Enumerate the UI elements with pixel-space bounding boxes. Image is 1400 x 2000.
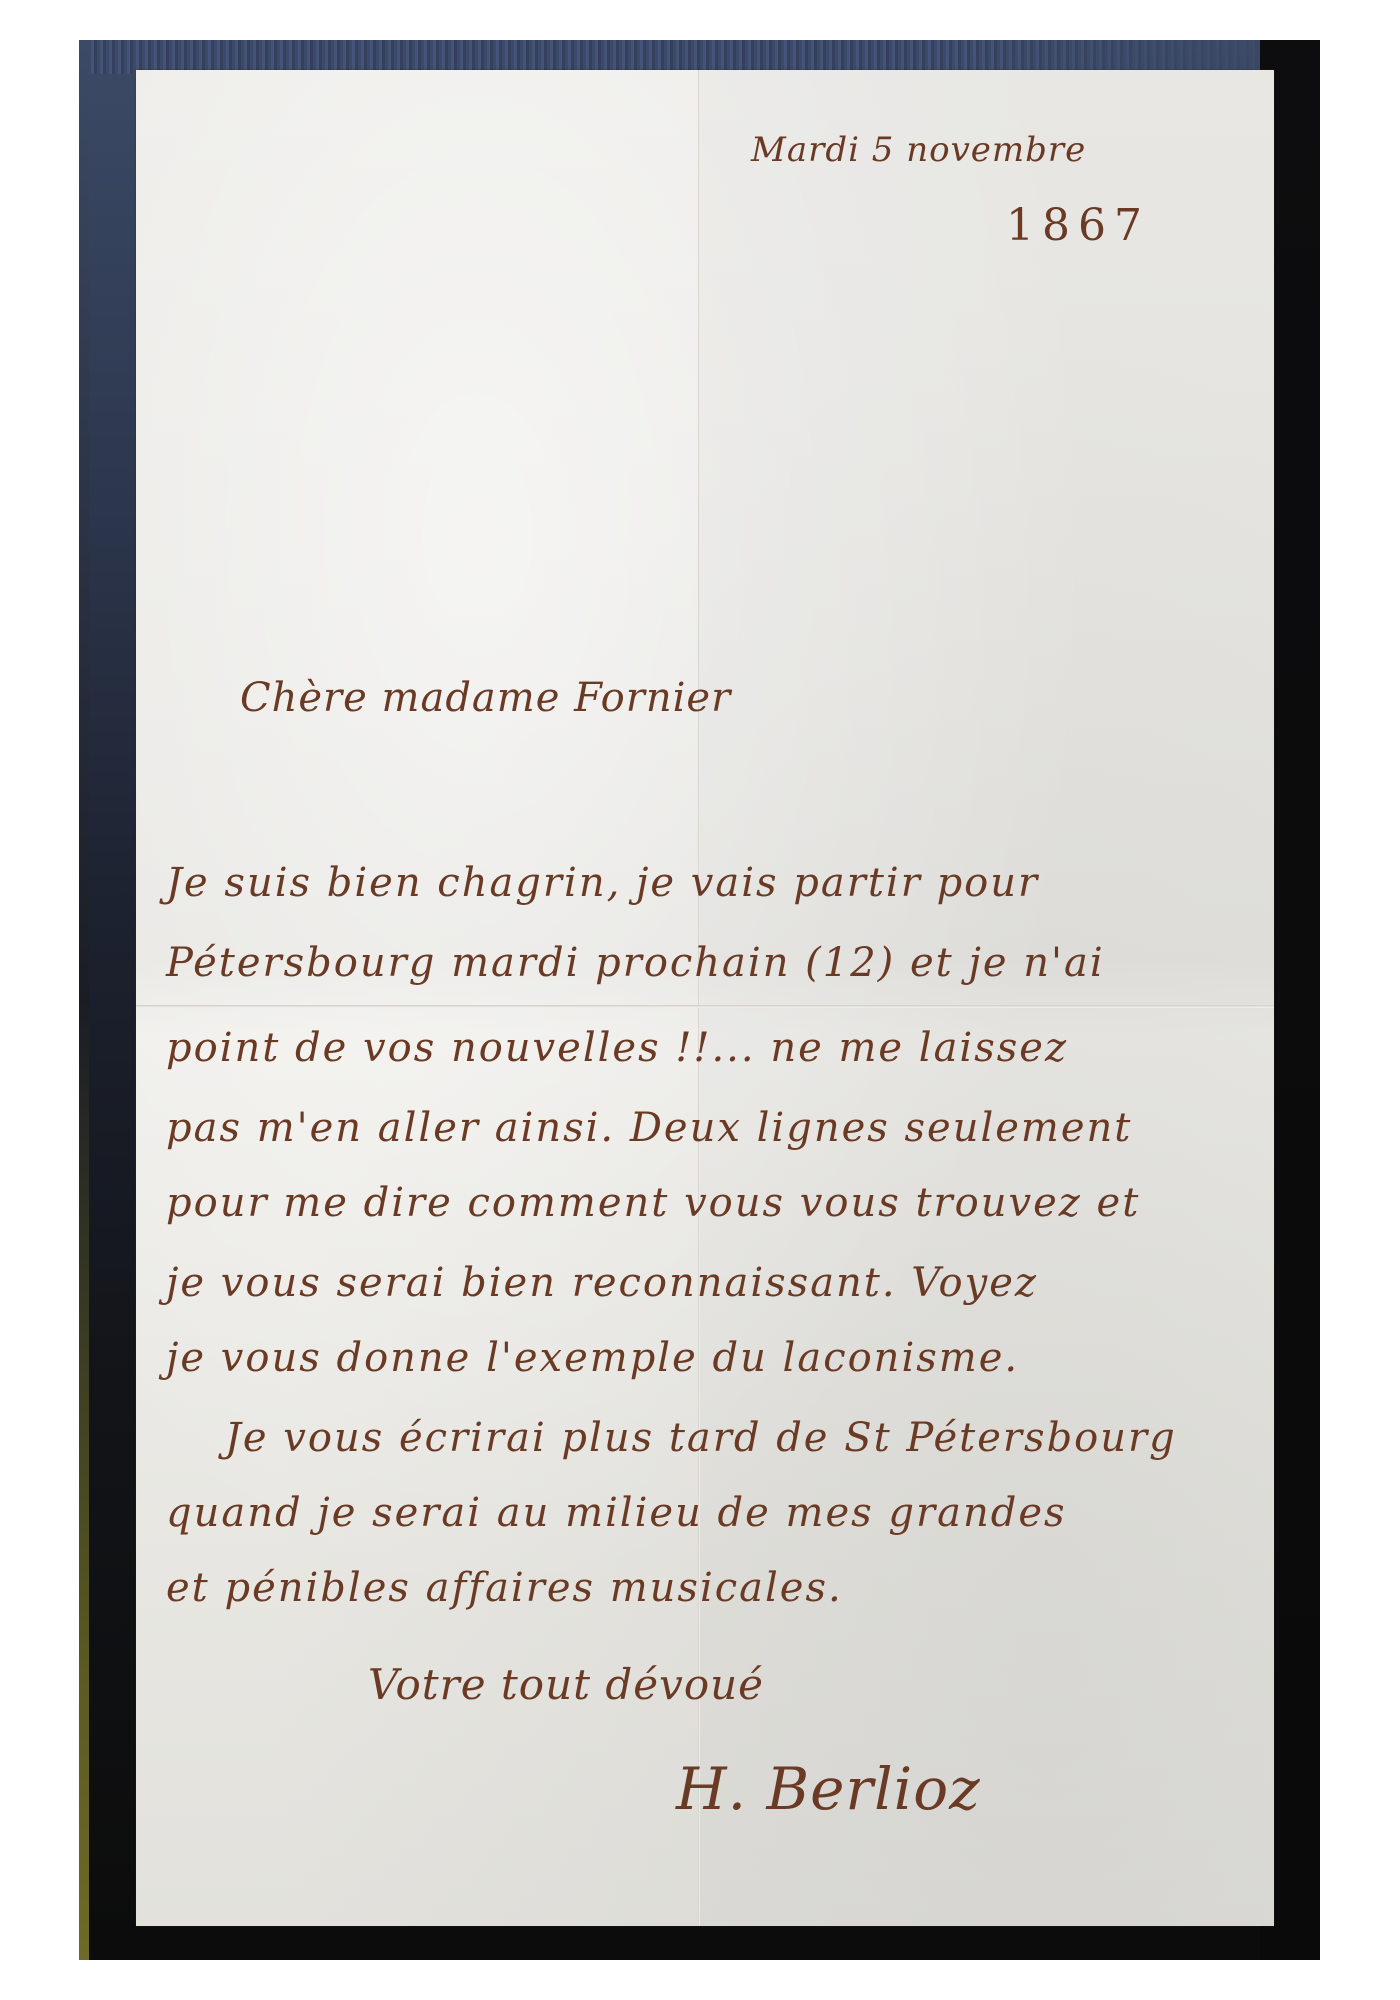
body-line: je vous serai bien reconnaissant. Voyez (166, 1260, 1038, 1306)
body-line: point de vos nouvelles !!... ne me laiss… (166, 1025, 1068, 1071)
body-line: Je vous écrirai plus tard de St Pétersbo… (166, 1415, 1177, 1461)
horizontal-fold-line (136, 1005, 1274, 1008)
body-line: Pétersbourg mardi prochain (12) et je n'… (166, 940, 1105, 986)
letter-closing: Votre tout dévoué (368, 1660, 764, 1709)
backing-left-edge (79, 40, 89, 1960)
letter-paper: Mardi 5 novembre 1867 Chère madame Forni… (136, 70, 1274, 1926)
letter-date: Mardi 5 novembre (751, 130, 1086, 170)
body-line: Je suis bien chagrin, je vais partir pou… (166, 860, 1039, 906)
letter-signature: H. Berlioz (676, 1755, 981, 1823)
paper-right-panel-shade (700, 70, 1274, 1926)
body-line: pour me dire comment vous vous trouvez e… (166, 1180, 1140, 1226)
body-line: quand je serai au milieu de mes grandes (166, 1490, 1067, 1536)
letter-greeting: Chère madame Fornier (240, 675, 731, 721)
letter-year: 1867 (1006, 200, 1150, 251)
body-line: et pénibles affaires musicales. (166, 1565, 843, 1611)
body-line: je vous donne l'exemple du laconisme. (166, 1335, 1019, 1381)
body-line: pas m'en aller ainsi. Deux lignes seulem… (166, 1105, 1132, 1151)
vertical-fold-line (698, 70, 700, 1926)
blue-backing-texture (79, 40, 1320, 74)
